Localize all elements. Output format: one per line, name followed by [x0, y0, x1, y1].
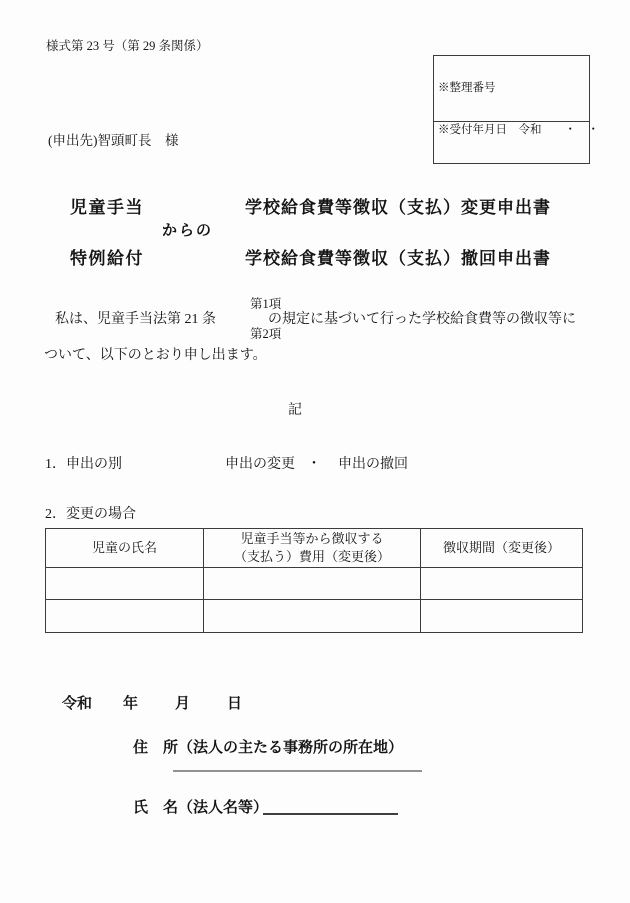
section-mark-ki: 記 — [288, 399, 303, 419]
title-change-notification: 学校給食費等徴収（支払）変更申出書 — [245, 193, 551, 218]
addressee-line: (申出先)智頭町長 様 — [48, 129, 179, 149]
cell-period-2 — [421, 600, 583, 633]
reception-date-label: ※受付年月日 令和 ・ ・ — [434, 121, 589, 139]
date-month-label: 月 — [175, 692, 190, 713]
title-connector: からの — [162, 219, 213, 240]
address-fill-line — [173, 770, 422, 772]
cell-child-name-1 — [46, 568, 204, 600]
header-fee-line1: 児童手当等から徴収する — [240, 531, 383, 546]
name-field-label: 氏 名（法人名等） — [133, 796, 268, 817]
reference-number-label: ※整理番号 — [434, 80, 589, 97]
cell-child-name-2 — [46, 600, 204, 633]
body-text-line2: ついて、以下のとおり申し出ます。 — [44, 344, 267, 364]
table-row — [46, 600, 583, 633]
item1-separator-dot: ・ — [307, 453, 321, 473]
title-special-benefit: 特例給付 — [70, 244, 144, 269]
cell-fee-2 — [204, 600, 421, 633]
date-era-label: 令和 — [62, 692, 92, 713]
name-fill-line — [263, 813, 398, 815]
change-details-table: 児童の氏名 児童手当等から徴収する （支払う）費用（変更後） 徴収期間（変更後） — [45, 528, 583, 633]
title-withdraw-notification: 学校給食費等徴収（支払）撤回申出書 — [245, 244, 551, 269]
header-fee-after-change: 児童手当等から徴収する （支払う）費用（変更後） — [204, 529, 421, 568]
header-fee-line2: （支払う）費用（変更後） — [234, 549, 390, 564]
item1-label: 1．申出の別 — [45, 453, 122, 473]
clause-2-option: 第2項 — [250, 324, 281, 342]
item1-option-withdraw: 申出の撤回 — [338, 453, 408, 473]
form-document-page: 様式第 23 号（第 29 条関係） ※整理番号 ※受付年月日 令和 ・ ・ (… — [0, 0, 630, 903]
table-header-row: 児童の氏名 児童手当等から徴収する （支払う）費用（変更後） 徴収期間（変更後） — [46, 529, 583, 568]
header-child-name: 児童の氏名 — [46, 529, 204, 568]
title-child-allowance: 児童手当 — [70, 193, 144, 218]
cell-fee-1 — [204, 568, 421, 600]
date-day-label: 日 — [227, 692, 242, 713]
body-text-line1-start: 私は、児童手当法第 21 条 — [55, 308, 216, 328]
form-number: 様式第 23 号（第 29 条関係） — [46, 36, 209, 54]
header-collection-period: 徴収期間（変更後） — [421, 529, 583, 568]
office-use-box: ※整理番号 ※受付年月日 令和 ・ ・ — [433, 55, 590, 164]
body-text-line1-end: の規定に基づいて行った学校給食費等の徴収等に — [268, 308, 576, 328]
date-year-label: 年 — [123, 692, 138, 713]
table-row — [46, 568, 583, 600]
item2-label: 2．変更の場合 — [45, 503, 136, 523]
cell-period-1 — [421, 568, 583, 600]
address-field-label: 住 所（法人の主たる事務所の所在地） — [133, 736, 403, 757]
item1-option-change: 申出の変更 — [225, 453, 295, 473]
